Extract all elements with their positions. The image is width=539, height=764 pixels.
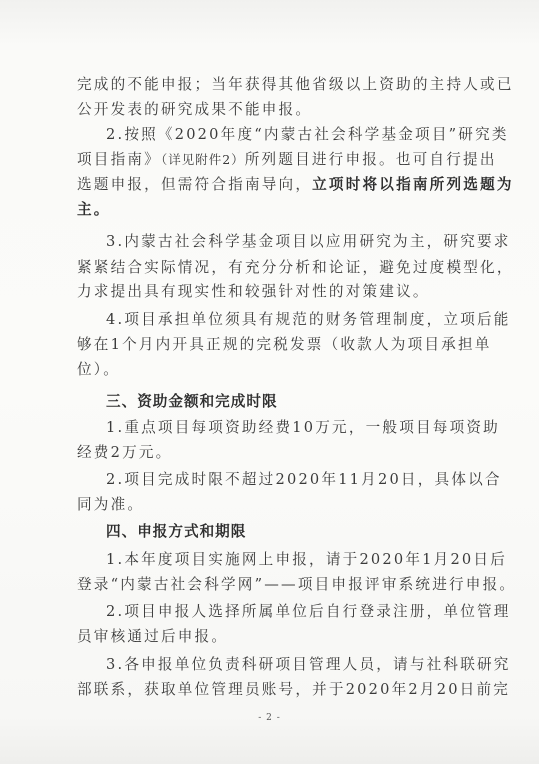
text-line: 够在1个月内开具正规的完税发票（收款人为项目承担单: [77, 335, 467, 355]
text-span: 项目指南》: [77, 151, 161, 168]
text-line: 登录“内蒙古社会科学网”——项目申报评审系统进行申报。: [77, 575, 467, 595]
text-line: 位）。: [77, 360, 467, 380]
text-line: 紧紧结合实际情况，有充分分析和论证，避免过度模型化，: [77, 258, 467, 278]
text-span: 所列题目进行申报。也可自行提出: [245, 151, 497, 168]
text-line: 2.项目申报人选择所属单位后自行登录注册，单位管理: [106, 602, 467, 622]
text-line: 4.项目承担单位须具有规范的财务管理制度，立项后能: [106, 310, 467, 330]
document-page: 完成的不能申报；当年获得其他省级以上资助的主持人或已 公开发表的研究成果不能申报…: [0, 0, 539, 764]
text-line: 完成的不能申报；当年获得其他省级以上资助的主持人或已: [77, 75, 467, 95]
text-line: 3.内蒙古社会科学基金项目以应用研究为主，研究要求: [106, 232, 467, 252]
text-line: 同为准。: [77, 495, 467, 515]
text-line: 员审核通过后申报。: [77, 627, 467, 647]
emphasized-text: 主。: [77, 200, 467, 220]
text-span: 选题申报，但需符合指南导向，: [77, 176, 312, 193]
text-line: 力求提出具有现实性和较强针对性的对策建议。: [77, 282, 467, 302]
text-line: 公开发表的研究成果不能申报。: [77, 100, 467, 120]
text-line: 部联系，获取单位管理员账号，并于2020年2月20日前完: [77, 680, 467, 700]
text-line: 2.按照《2020年度“内蒙古社会科学基金项目”研究类: [106, 125, 467, 145]
text-line: 1.本年度项目实施网上申报，请于2020年1月20日后: [106, 550, 467, 570]
text-line: 经费2万元。: [77, 443, 467, 463]
text-line: 3.各申报单位负责科研项目管理人员，请与社科联研究: [106, 655, 467, 675]
text-line: 项目指南》（详见附件2）所列题目进行申报。也可自行提出: [77, 150, 467, 170]
emphasized-text: 立项时将以指南所列选题为: [312, 176, 514, 193]
text-line: 1.重点项目每项资助经费10万元，一般项目每项资助: [106, 418, 467, 438]
section-heading: 四、申报方式和期限: [106, 522, 467, 542]
attachment-reference: （详见附件2）: [161, 152, 245, 167]
page-number: - 2 -: [0, 713, 539, 723]
text-line: 2.项目完成时限不超过2020年11月20日，具体以合: [106, 470, 467, 490]
section-heading: 三、资助金额和完成时限: [106, 392, 467, 412]
text-line: 选题申报，但需符合指南导向，立项时将以指南所列选题为: [77, 175, 467, 195]
